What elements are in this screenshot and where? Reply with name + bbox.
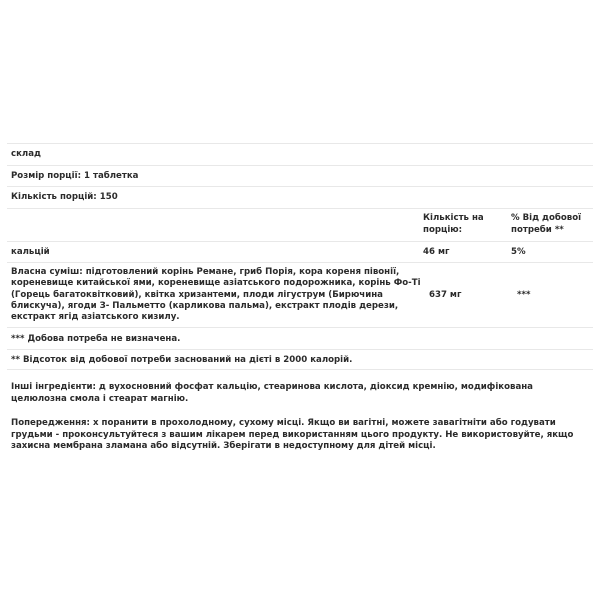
table-title: склад: [11, 149, 41, 159]
nutrient-amount: 637 мг: [429, 290, 517, 301]
nutrient-daily-value: 5%: [511, 247, 589, 257]
serving-size-row: Розмір порції: 1 таблетка: [7, 165, 593, 187]
nutrient-name: Власна суміш: підготовлений корінь Реман…: [11, 267, 429, 323]
footnote-row: *** Добова потреба не визначена.: [7, 327, 593, 349]
other-ingredients: Інші інгредієнти: д вухосновний фосфат к…: [7, 382, 593, 405]
column-header-daily-value: % Від добової потреби **: [511, 213, 589, 236]
supplement-facts-table: склад Розмір порції: 1 таблетка Кількіст…: [7, 143, 593, 370]
footnote-dv-basis: ** Відсоток від добової потреби заснован…: [11, 355, 352, 365]
column-header-row: Кількість на порцію: % Від добової потре…: [7, 208, 593, 241]
footnote-dv-not-established: *** Добова потреба не визначена.: [11, 334, 180, 344]
nutrient-amount: 46 мг: [423, 247, 511, 257]
warning-text: Попередження: х поранити в прохолодному,…: [7, 418, 593, 453]
nutrient-name: кальцій: [11, 247, 423, 257]
column-header-amount: Кількість на порцію:: [423, 213, 511, 236]
nutrient-daily-value: ***: [517, 290, 589, 301]
serving-size: Розмір порції: 1 таблетка: [11, 171, 138, 181]
table-row: кальцій 46 мг 5%: [7, 241, 593, 263]
footnote-row: ** Відсоток від добової потреби заснован…: [7, 349, 593, 371]
table-row: Власна суміш: підготовлений корінь Реман…: [7, 262, 593, 327]
servings-count-row: Кількість порцій: 150: [7, 186, 593, 208]
servings-count: Кількість порцій: 150: [11, 192, 118, 202]
table-title-row: склад: [7, 143, 593, 165]
